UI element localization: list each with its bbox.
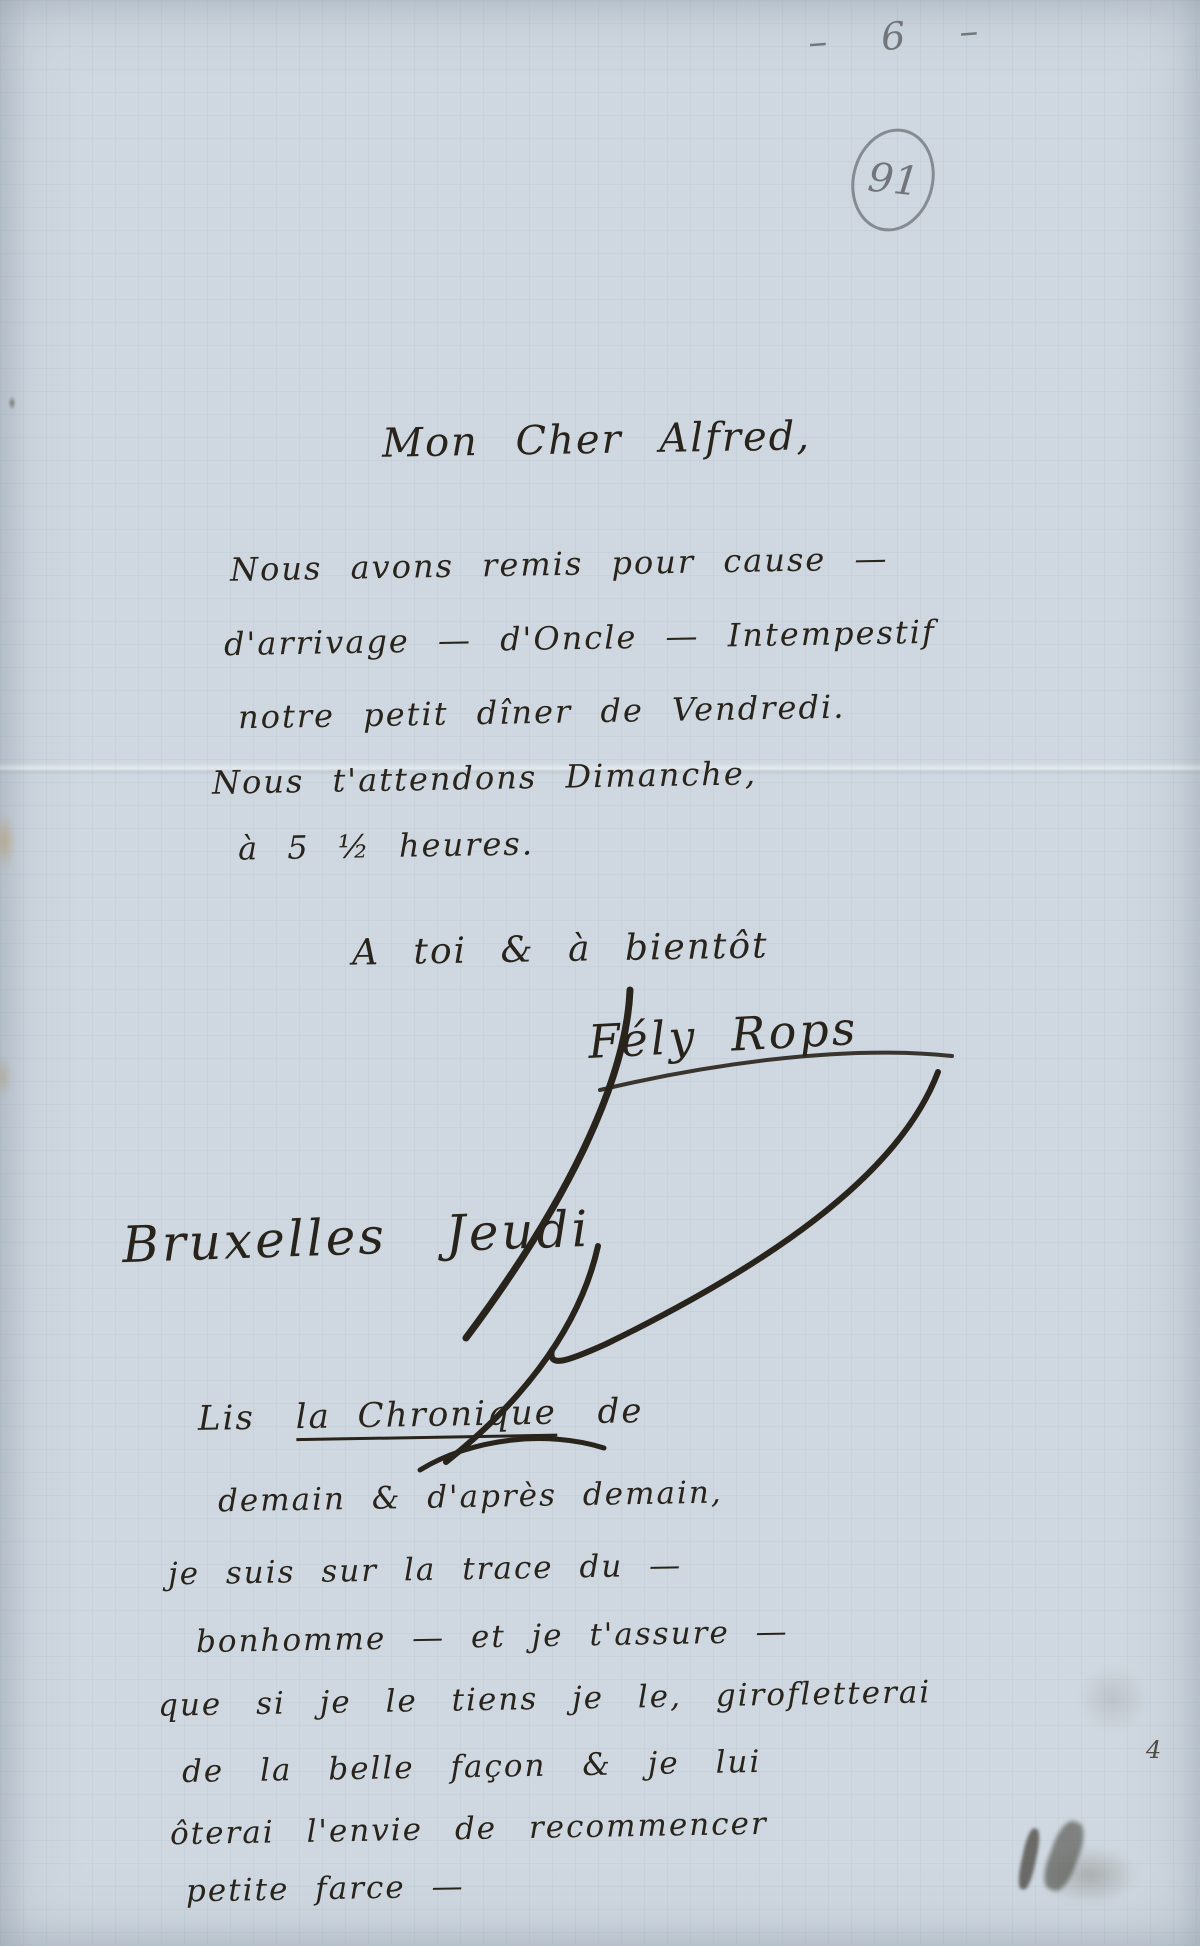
postscript-line: je suis sur la trace du — xyxy=(168,1551,683,1591)
edge-shading xyxy=(0,0,1200,1946)
body-line: notre petit dîner de Vendredi. xyxy=(238,691,846,734)
letter-scan-page: – 6 – 91 Mon Cher Alfred, Nous avons rem… xyxy=(0,0,1200,1946)
paper-stain xyxy=(0,1056,12,1098)
postscript-text: de xyxy=(597,1394,643,1429)
pencil-page-number: – 6 – xyxy=(807,8,988,64)
body-line: Nous t'attendons Dimanche, xyxy=(212,757,757,799)
dateline: Bruxelles Jeudi xyxy=(121,1204,591,1270)
archive-number-circle: 91 xyxy=(841,120,946,241)
postscript-line: ôterai l'envie de recommencer xyxy=(170,1809,768,1850)
ink-dusting xyxy=(1078,1666,1148,1732)
archive-number: 91 xyxy=(865,154,920,205)
postscript-line: de la belle façon & je lui xyxy=(182,1747,762,1788)
body-line: Nous avons remis pour cause — xyxy=(230,542,889,585)
paper-stain xyxy=(0,812,16,870)
ink-smudge xyxy=(1039,1817,1090,1894)
ink-smudge-haze xyxy=(1042,1846,1138,1904)
ink-smudge xyxy=(1016,1827,1043,1891)
underlined-title: la Chronique xyxy=(295,1396,557,1442)
closing-line: A toi & à bientôt xyxy=(352,928,769,971)
signature: Fély Rops xyxy=(587,1005,859,1065)
postscript-line: bonhomme — et je t'assure — xyxy=(196,1617,789,1658)
postscript-text: Lis xyxy=(198,1401,255,1436)
ink-flourishes xyxy=(0,0,1200,1946)
body-line: à 5 ½ heures. xyxy=(238,827,534,864)
postscript-line: que si je le tiens je le, girofletterai xyxy=(158,1677,932,1721)
postscript-line: demain & d'après demain, xyxy=(218,1478,723,1518)
paper-speck xyxy=(8,396,16,410)
postscript-line: petite farce — xyxy=(186,1872,465,1908)
body-line: d'arrivage — d'Oncle — Intempestif xyxy=(224,616,936,660)
salutation-line: Mon Cher Alfred, xyxy=(382,416,812,463)
margin-mark: 4 xyxy=(1146,1736,1161,1764)
postscript-line: Lis la Chronique de xyxy=(198,1394,644,1443)
